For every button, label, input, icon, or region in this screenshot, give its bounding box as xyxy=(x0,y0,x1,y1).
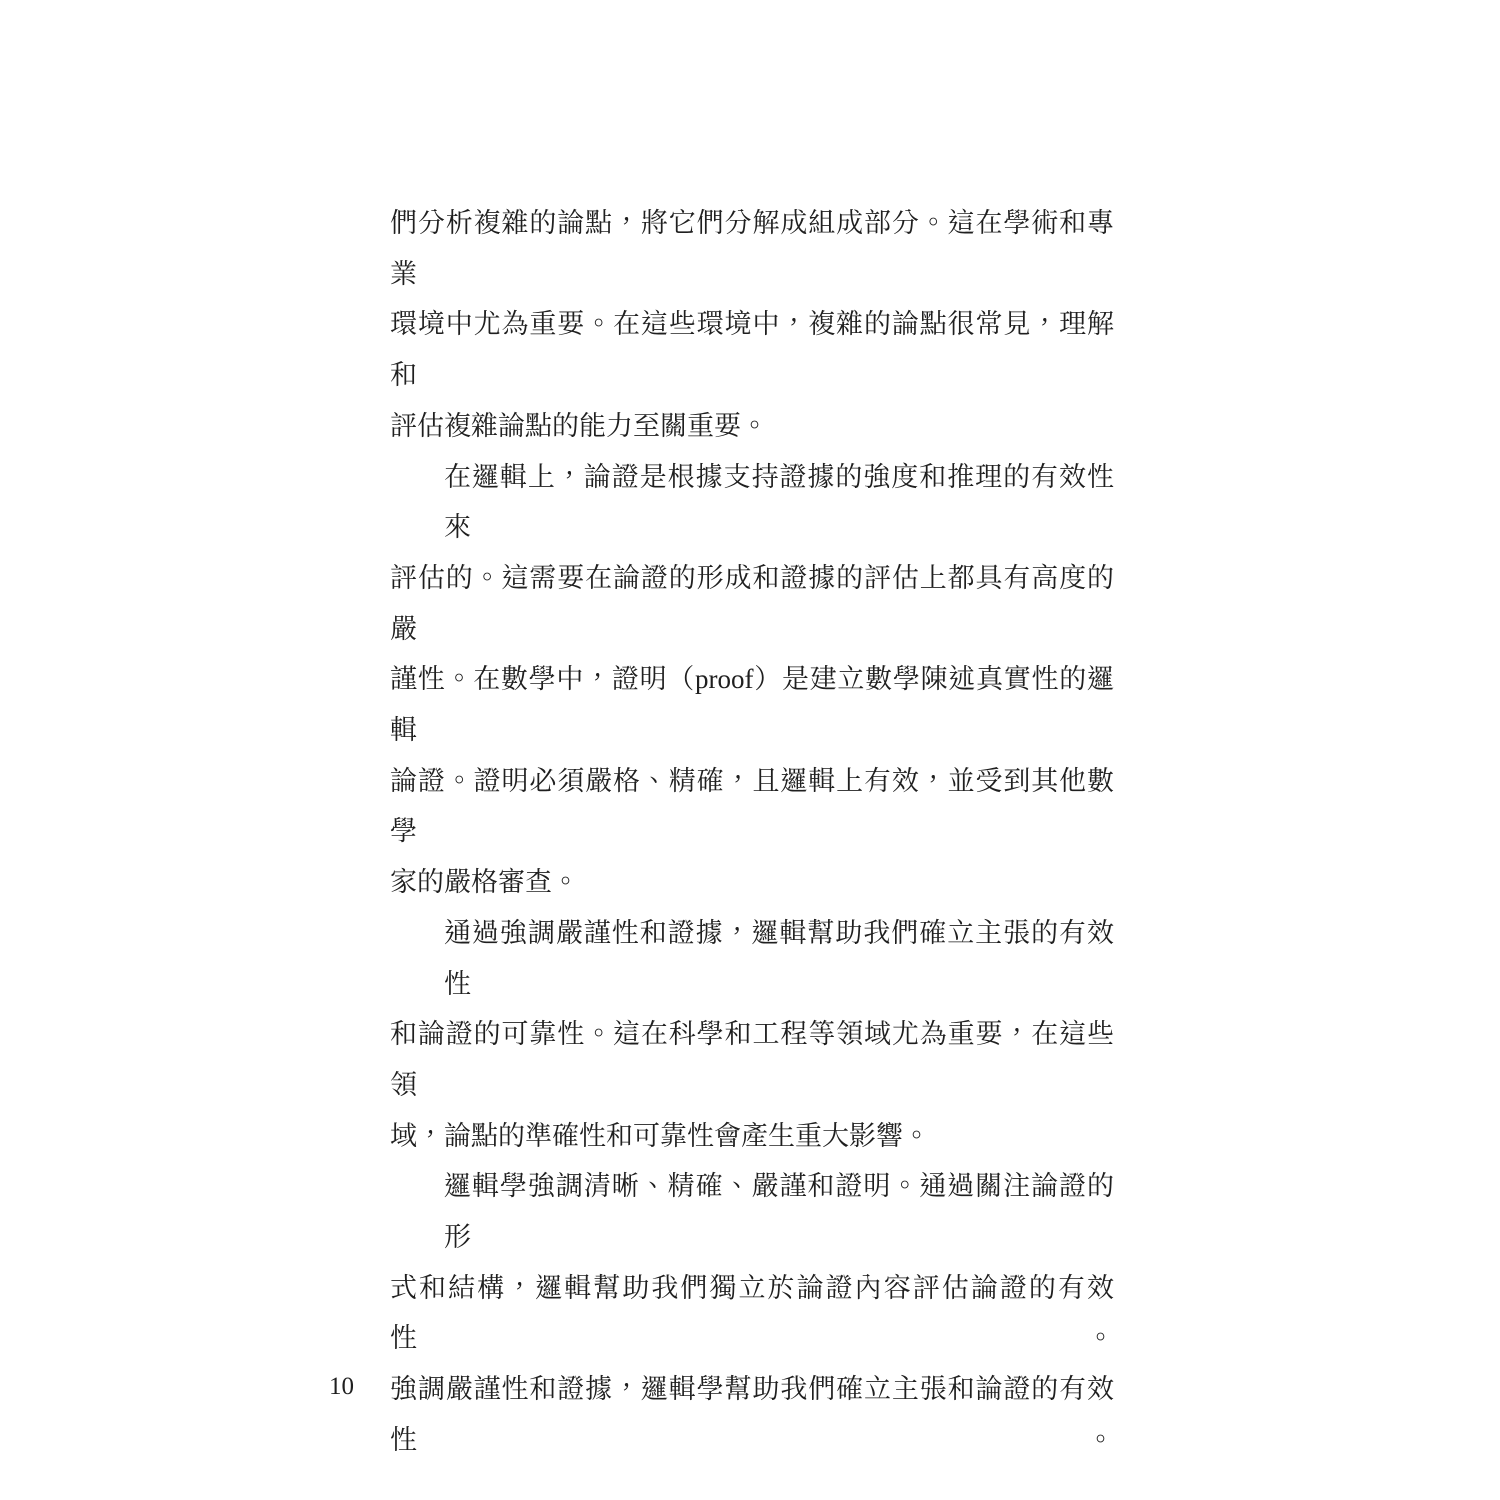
text-line: 謹性。在數學中，證明（proof）是建立數學陳述真實性的邏輯 xyxy=(390,654,1114,755)
text-line: 和論證的可靠性。這在科學和工程等領域尤為重要，在這些領 xyxy=(390,1009,1114,1110)
text-line: 式和結構，邏輯幫助我們獨立於論證內容評估論證的有效性。 xyxy=(390,1263,1114,1364)
text-line: 強調嚴謹性和證據，邏輯學幫助我們確立主張和論證的有效性。 xyxy=(390,1364,1114,1465)
text-line: 通過強調嚴謹性和證據，邏輯幫助我們確立主張的有效性 xyxy=(390,908,1114,1009)
text-line: 們分析複雜的論點，將它們分解成組成部分。這在學術和專業 xyxy=(390,198,1114,299)
text-line: 域，論點的準確性和可靠性會產生重大影響。 xyxy=(390,1111,1114,1162)
text-line: 邏輯學強調清晰、精確、嚴謹和證明。通過關注論證的形 xyxy=(390,1161,1114,1262)
text-line: 論證。證明必須嚴格、精確，且邏輯上有效，並受到其他數學 xyxy=(390,756,1114,857)
page-number: 10 xyxy=(329,1372,354,1402)
body-text: 們分析複雜的論點，將它們分解成組成部分。這在學術和專業環境中尤為重要。在這些環境… xyxy=(390,198,1114,1466)
text-line: 評估的。這需要在論證的形成和證據的評估上都具有高度的嚴 xyxy=(390,553,1114,654)
scanned-book-page: 們分析複雜的論點，將它們分解成組成部分。這在學術和專業環境中尤為重要。在這些環境… xyxy=(0,0,1500,1500)
text-line: 環境中尤為重要。在這些環境中，複雜的論點很常見，理解和 xyxy=(390,299,1114,400)
text-line: 家的嚴格審查。 xyxy=(390,857,1114,908)
text-line: 在邏輯上，論證是根據支持證據的強度和推理的有效性來 xyxy=(390,452,1114,553)
text-line: 評估複雜論點的能力至關重要。 xyxy=(390,401,1114,452)
